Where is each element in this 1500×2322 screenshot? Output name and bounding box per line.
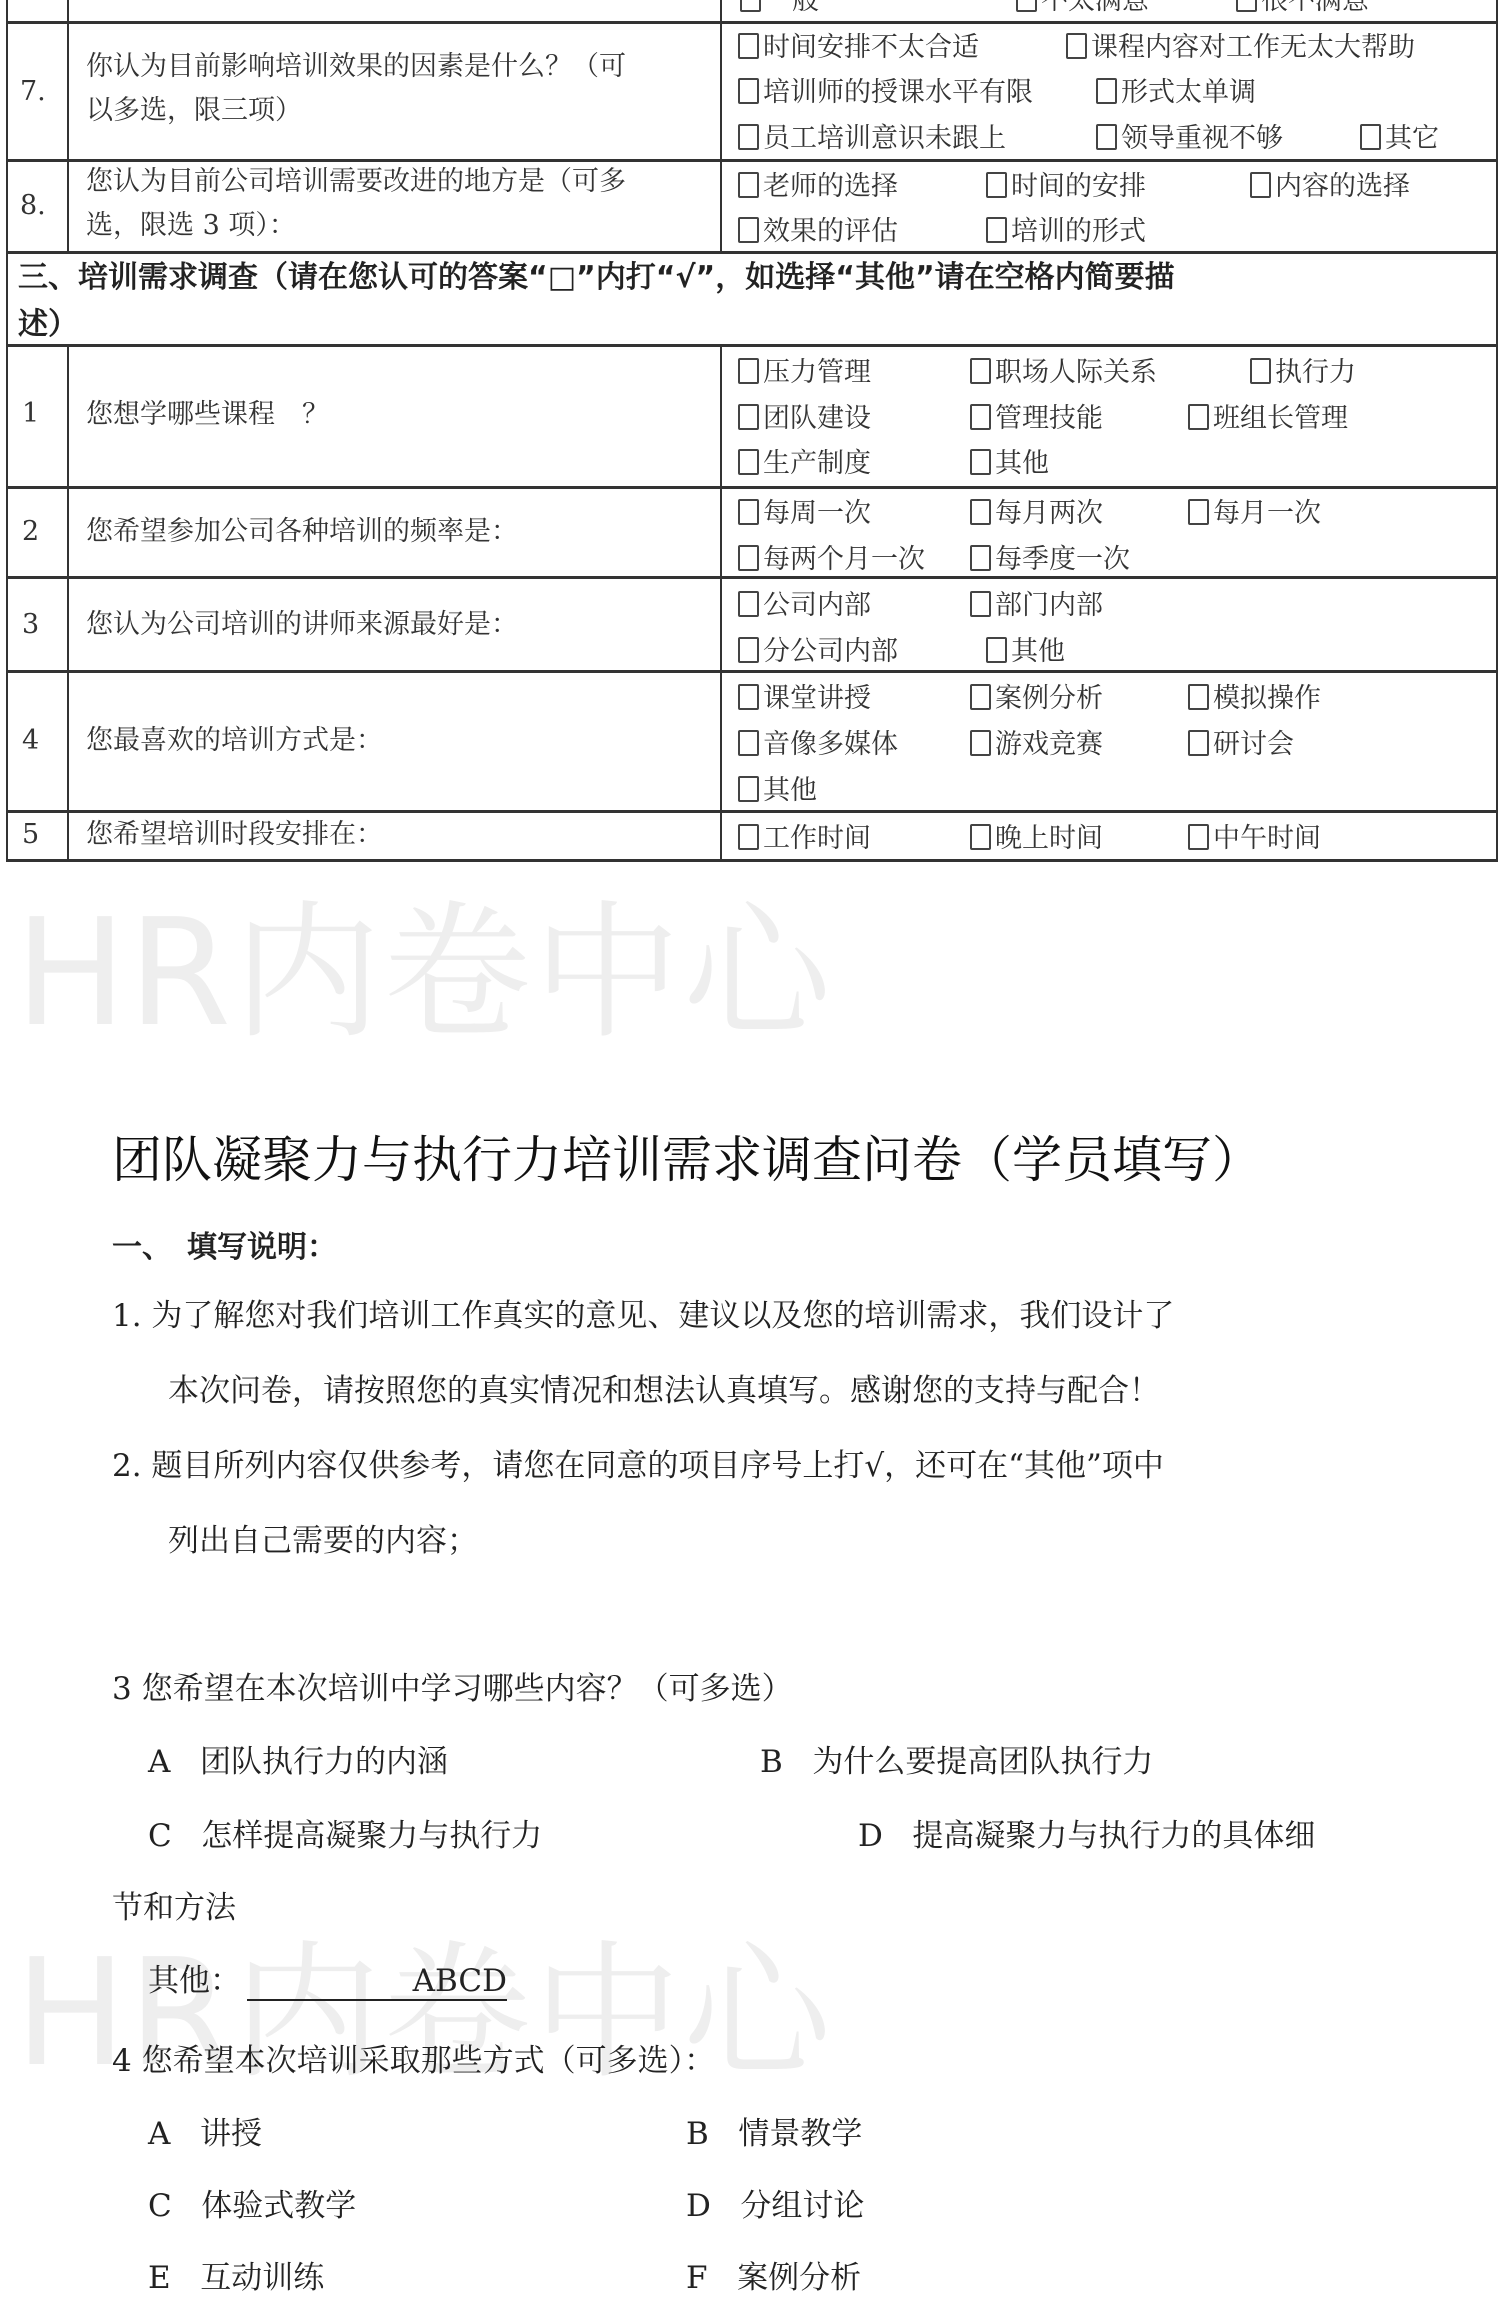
option-checkbox[interactable]: 培训师的授课水平有限 bbox=[738, 70, 1033, 109]
row-divider bbox=[6, 670, 1498, 673]
option-checkbox[interactable]: 分公司内部 bbox=[738, 629, 898, 668]
checkbox-icon[interactable] bbox=[1236, 0, 1257, 12]
option-checkbox[interactable]: 执行力 bbox=[1250, 350, 1356, 389]
option-checkbox[interactable]: 其他 bbox=[986, 629, 1065, 668]
option-checkbox[interactable]: 每月一次 bbox=[1188, 491, 1321, 530]
option-checkbox[interactable]: 案例分析 bbox=[970, 676, 1103, 715]
option-checkbox[interactable]: 工作时间 bbox=[738, 816, 871, 855]
row-divider bbox=[6, 576, 1498, 579]
checkbox-icon[interactable] bbox=[738, 637, 759, 663]
question-3: 3 您希望在本次培训中学习哪些内容？（可多选） bbox=[112, 1663, 793, 1708]
question-text: 您想学哪些课程 ？ bbox=[86, 393, 329, 437]
answer-column-divider bbox=[720, 0, 722, 252]
checkbox-icon[interactable] bbox=[970, 684, 991, 710]
checkbox-icon[interactable] bbox=[738, 404, 759, 430]
option-checkbox[interactable]: 管理技能 bbox=[970, 396, 1103, 435]
option-checkbox[interactable]: 效果的评估 bbox=[738, 209, 898, 248]
checkbox-icon[interactable] bbox=[986, 217, 1007, 243]
number-column-divider bbox=[67, 345, 69, 862]
survey-title: 团队凝聚力与执行力培训需求调查问卷（学员填写） bbox=[112, 1120, 1262, 1192]
checkbox-icon[interactable] bbox=[738, 124, 759, 150]
option-checkbox[interactable]: 研讨会 bbox=[1188, 722, 1294, 761]
checkbox-icon[interactable] bbox=[970, 545, 991, 571]
checkbox-icon[interactable] bbox=[738, 776, 759, 802]
option-checkbox[interactable]: 晚上时间 bbox=[970, 816, 1103, 855]
checkbox-icon[interactable] bbox=[970, 404, 991, 430]
checkbox-icon[interactable] bbox=[738, 217, 759, 243]
question-text: 您认为目前公司培训需要改进的地方是（可多 选，限选 3 项）： bbox=[86, 160, 626, 248]
table-border-right bbox=[1496, 0, 1498, 862]
option-checkbox[interactable]: 其它 bbox=[1360, 116, 1439, 155]
question-text: 你认为目前影响培训效果的因素是什么？（可 以多选，限三项） bbox=[86, 45, 626, 133]
option-checkbox[interactable]: 模拟操作 bbox=[1188, 676, 1321, 715]
checkbox-icon[interactable] bbox=[986, 637, 1007, 663]
option-checkbox[interactable]: 每月两次 bbox=[970, 491, 1103, 530]
q4-option-b[interactable]: B 情景教学 bbox=[686, 2108, 862, 2153]
row-divider bbox=[6, 21, 1498, 24]
checkbox-icon[interactable] bbox=[1250, 172, 1271, 198]
checkbox-icon[interactable] bbox=[1016, 0, 1037, 12]
option-checkbox[interactable]: 每季度一次 bbox=[970, 537, 1130, 576]
checkbox-icon[interactable] bbox=[1360, 124, 1381, 150]
checkbox-icon[interactable] bbox=[970, 591, 991, 617]
q3-other: 其他：ABCD bbox=[148, 1955, 507, 2001]
option-checkbox[interactable]: 内容的选择 bbox=[1250, 164, 1410, 203]
option-checkbox[interactable]: 压力管理 bbox=[738, 350, 871, 389]
survey-table: 一般 不太满意 很不满意 7. 你认为目前影响培训效果的因素是什么？（可 以多选… bbox=[0, 0, 1500, 870]
checkbox-icon[interactable] bbox=[970, 499, 991, 525]
question-text: 您希望参加公司各种培训的频率是： bbox=[86, 510, 518, 554]
watermark-top: HR内卷中心 bbox=[15, 855, 833, 1067]
checkbox-icon[interactable] bbox=[740, 0, 761, 12]
option-checkbox[interactable]: 职场人际关系 bbox=[970, 350, 1157, 389]
q4-option-f[interactable]: F 案例分析 bbox=[686, 2252, 861, 2297]
section1-heading: 一、 填写说明： bbox=[112, 1222, 337, 1266]
question-text: 您认为公司培训的讲师来源最好是： bbox=[86, 603, 518, 647]
option-checkbox[interactable]: 公司内部 bbox=[738, 583, 871, 622]
option-checkbox[interactable]: 音像多媒体 bbox=[738, 722, 898, 761]
question-text: 您最喜欢的培训方式是： bbox=[86, 719, 383, 763]
checkbox-icon[interactable] bbox=[1188, 499, 1209, 525]
q3-option-c[interactable]: C 怎样提高凝聚力与执行力 bbox=[148, 1810, 542, 1855]
question-4: 4 您希望本次培训采取那些方式（可多选）： bbox=[112, 2035, 715, 2080]
checkbox-icon[interactable] bbox=[738, 545, 759, 571]
option-checkbox[interactable]: 课堂讲授 bbox=[738, 676, 871, 715]
checkbox-icon[interactable] bbox=[738, 499, 759, 525]
row-number: 4 bbox=[22, 725, 39, 756]
instruction-1-line2: 本次问卷，请按照您的真实情况和想法认真填写。感谢您的支持与配合！ bbox=[168, 1365, 1160, 1410]
row-number: 5 bbox=[22, 819, 39, 850]
checkbox-icon[interactable] bbox=[1096, 124, 1117, 150]
option-checkbox[interactable]: 领导重视不够 bbox=[1096, 116, 1283, 155]
option-checkbox[interactable]: 每两个月一次 bbox=[738, 537, 925, 576]
section3-header: 三、培训需求调查（请在您认可的答案“□”内打“√”，如选择“其他”请在空格内简要… bbox=[18, 254, 1488, 348]
table-border-bottom bbox=[6, 859, 1498, 862]
checkbox-icon[interactable] bbox=[738, 824, 759, 850]
checkbox-icon[interactable] bbox=[738, 730, 759, 756]
option-checkbox[interactable]: 其他 bbox=[738, 768, 817, 807]
option-checkbox[interactable]: 员工培训意识未跟上 bbox=[738, 116, 1006, 155]
checkbox-icon[interactable] bbox=[738, 33, 759, 59]
option-checkbox[interactable]: 其他 bbox=[970, 441, 1049, 480]
option-partial[interactable]: 一般 bbox=[740, 0, 819, 17]
option-checkbox[interactable]: 课程内容对工作无太大帮助 bbox=[1066, 25, 1415, 64]
q4-option-e[interactable]: E 互动训练 bbox=[148, 2252, 324, 2297]
q3-option-a[interactable]: A 团队执行力的内涵 bbox=[148, 1736, 448, 1781]
question-text: 您希望培训时段安排在： bbox=[86, 813, 383, 857]
row-number: 1 bbox=[22, 398, 39, 429]
option-partial[interactable]: 不太满意 bbox=[1016, 0, 1149, 17]
checkbox-icon[interactable] bbox=[738, 78, 759, 104]
answer-column-divider bbox=[720, 345, 722, 862]
checkbox-icon[interactable] bbox=[1188, 730, 1209, 756]
row-number: 8. bbox=[20, 190, 46, 221]
q3-other-input[interactable]: ABCD bbox=[247, 1963, 507, 2001]
option-checkbox[interactable]: 中午时间 bbox=[1188, 816, 1321, 855]
option-partial[interactable]: 很不满意 bbox=[1236, 0, 1369, 17]
checkbox-icon[interactable] bbox=[1066, 33, 1087, 59]
checkbox-icon[interactable] bbox=[986, 172, 1007, 198]
option-checkbox[interactable]: 老师的选择 bbox=[738, 164, 898, 203]
q3-option-d[interactable]: D 提高凝聚力与执行力的具体细 bbox=[858, 1810, 1315, 1855]
q3-option-d-wrap: 节和方法 bbox=[112, 1882, 236, 1927]
option-checkbox[interactable]: 培训的形式 bbox=[986, 209, 1146, 248]
checkbox-icon[interactable] bbox=[1188, 404, 1209, 430]
option-checkbox[interactable]: 时间安排不太合适 bbox=[738, 25, 979, 64]
table-border-left bbox=[6, 0, 8, 862]
option-checkbox[interactable]: 班组长管理 bbox=[1188, 396, 1348, 435]
option-checkbox[interactable]: 生产制度 bbox=[738, 441, 871, 480]
row-number: 2 bbox=[22, 516, 39, 547]
checkbox-icon[interactable] bbox=[970, 358, 991, 384]
row-divider bbox=[6, 486, 1498, 489]
option-checkbox[interactable]: 部门内部 bbox=[970, 583, 1103, 622]
q4-option-a[interactable]: A 讲授 bbox=[148, 2108, 262, 2153]
number-column-divider bbox=[67, 0, 69, 252]
q4-option-d[interactable]: D 分组讨论 bbox=[686, 2180, 864, 2225]
checkbox-icon[interactable] bbox=[738, 172, 759, 198]
checkbox-icon[interactable] bbox=[1188, 684, 1209, 710]
option-checkbox[interactable]: 游戏竞赛 bbox=[970, 722, 1103, 761]
checkbox-icon[interactable] bbox=[970, 824, 991, 850]
option-checkbox[interactable]: 形式太单调 bbox=[1096, 70, 1256, 109]
checkbox-icon[interactable] bbox=[738, 684, 759, 710]
checkbox-icon[interactable] bbox=[1096, 78, 1117, 104]
option-checkbox[interactable]: 时间的安排 bbox=[986, 164, 1146, 203]
checkbox-icon[interactable] bbox=[1250, 358, 1271, 384]
q3-option-b[interactable]: B 为什么要提高团队执行力 bbox=[760, 1736, 1153, 1781]
instruction-2-line2: 列出自己需要的内容； bbox=[168, 1515, 478, 1560]
row-number: 3 bbox=[22, 609, 39, 640]
checkbox-icon[interactable] bbox=[738, 449, 759, 475]
row-number: 7. bbox=[20, 76, 46, 107]
option-checkbox[interactable]: 团队建设 bbox=[738, 396, 871, 435]
checkbox-icon[interactable] bbox=[738, 358, 759, 384]
option-checkbox[interactable]: 每周一次 bbox=[738, 491, 871, 530]
checkbox-icon[interactable] bbox=[738, 591, 759, 617]
instruction-1-line1: 1. 为了解您对我们培训工作真实的意见、建议以及您的培训需求，我们设计了 bbox=[112, 1290, 1174, 1335]
checkbox-icon[interactable] bbox=[970, 730, 991, 756]
checkbox-icon[interactable] bbox=[1188, 824, 1209, 850]
q4-option-c[interactable]: C 体验式教学 bbox=[148, 2180, 356, 2225]
checkbox-icon[interactable] bbox=[970, 449, 991, 475]
instruction-2-line1: 2. 题目所列内容仅供参考，请您在同意的项目序号上打√，还可在“其他”项中 bbox=[112, 1440, 1164, 1485]
